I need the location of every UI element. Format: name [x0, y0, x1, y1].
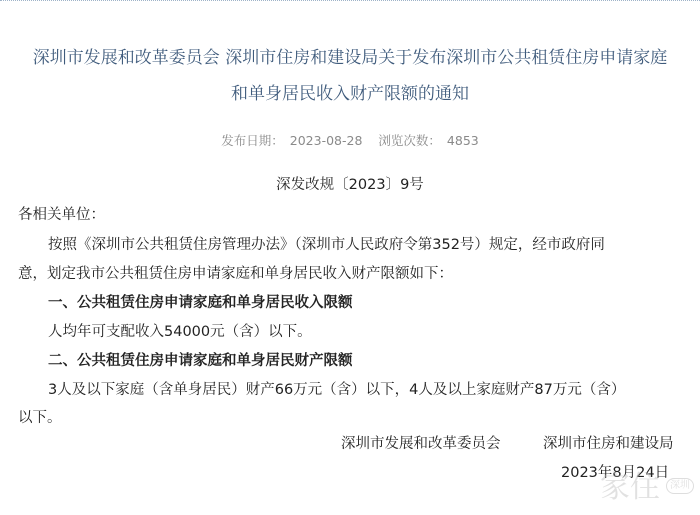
article-meta: 发布日期：2023-08-28 浏览次数：4853 — [0, 131, 700, 151]
signatory-ndrc: 深圳市发展和改革委员会 — [341, 432, 501, 456]
publish-date: 发布日期：2023-08-28 — [218, 133, 365, 148]
intro-paragraph-line-1: 按照《深圳市公共租赁住房管理办法》（深圳市人民政府令第352号）规定，经市政府同 — [48, 233, 700, 257]
publish-date-label: 发布日期： — [221, 133, 284, 148]
watermark-badge: 深圳 — [666, 478, 694, 494]
section-2-body-line-2: 以下。 — [18, 406, 688, 430]
section-2-body-line-1: 3人及以下家庭（含单身居民）财产66万元（含）以下，4人及以上家庭财产87万元（… — [48, 378, 700, 402]
sign-date: 2023年8月24日 — [561, 461, 669, 485]
publish-date-value: 2023-08-28 — [290, 133, 363, 148]
top-dotted-divider — [0, 0, 700, 1]
salutation: 各相关单位： — [18, 203, 688, 227]
signatory-housing-bureau: 深圳市住房和建设局 — [543, 432, 674, 456]
view-count-label: 浏览次数： — [378, 133, 441, 148]
section-2-heading: 二、公共租赁住房申请家庭和单身居民财产限额 — [48, 349, 700, 373]
section-1-body: 人均年可支配收入54000元（含）以下。 — [48, 320, 700, 344]
view-count: 浏览次数：4853 — [375, 133, 481, 148]
section-1-heading: 一、公共租赁住房申请家庭和单身居民收入限额 — [48, 291, 700, 315]
title-line-2: 和单身居民收入财产限额的通知 — [0, 76, 700, 112]
page-title: 深圳市发展和改革委员会 深圳市住房和建设局关于发布深圳市公共租赁住房申请家庭 和… — [0, 40, 700, 112]
title-line-1: 深圳市发展和改革委员会 深圳市住房和建设局关于发布深圳市公共租赁住房申请家庭 — [0, 40, 700, 76]
intro-paragraph-line-2: 意，划定我市公共租赁住房申请家庭和单身居民收入财产限额如下： — [18, 262, 688, 286]
document-number: 深发改规〔2023〕9号 — [0, 173, 700, 197]
view-count-value: 4853 — [447, 133, 479, 148]
